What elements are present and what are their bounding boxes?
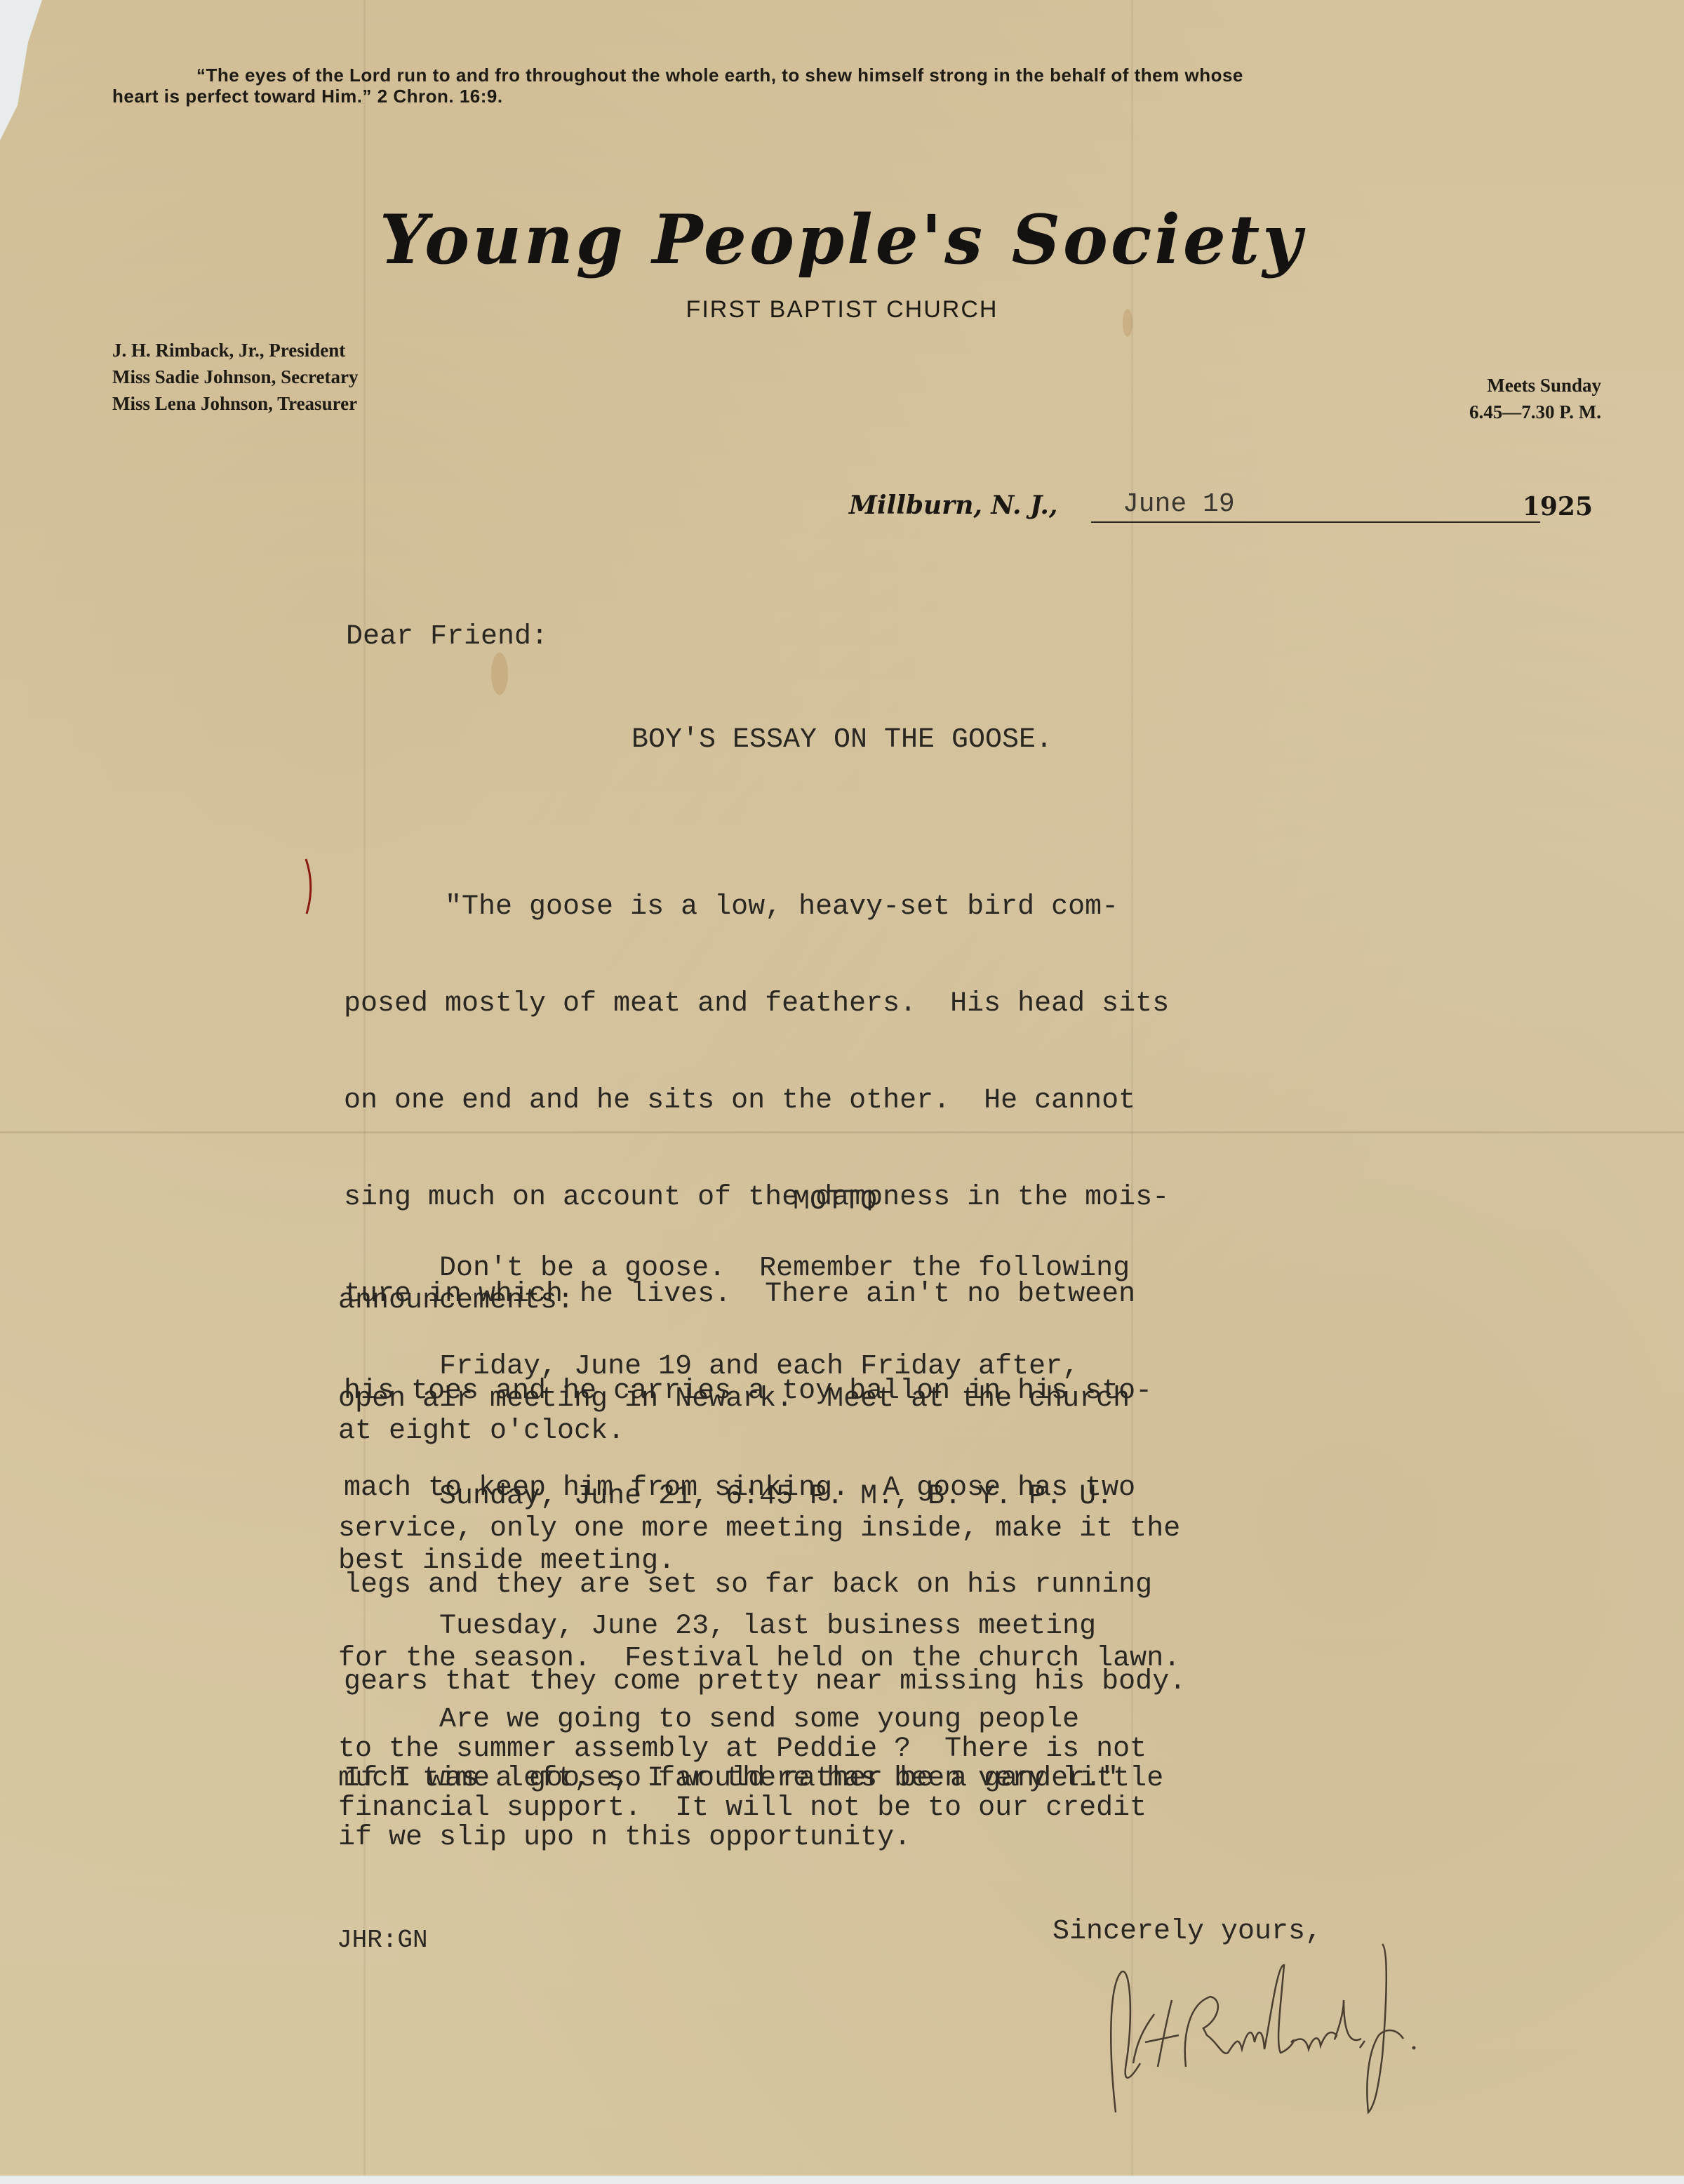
- officer-president: J. H. Rimback, Jr., President: [112, 337, 359, 364]
- date-underline: [1091, 521, 1540, 523]
- paragraph-tuesday: Tuesday, June 23, last business meeting …: [338, 1611, 1180, 1675]
- margin-bracket-mark: [304, 858, 318, 915]
- scripture-line-2: heart is perfect toward Him.” 2 Chron. 1…: [112, 86, 503, 107]
- dateline-place: Millburn, N. J.,: [849, 491, 1057, 520]
- meeting-schedule: Meets Sunday 6.45—7.30 P. M.: [1469, 372, 1601, 425]
- scan-background-edge: [0, 2176, 1684, 2184]
- officers-list: J. H. Rimback, Jr., President Miss Sadie…: [112, 337, 359, 417]
- scripture-quote: “The eyes of the Lord run to and fro thr…: [112, 65, 1614, 107]
- officer-treasurer: Miss Lena Johnson, Treasurer: [112, 390, 359, 417]
- officer-secretary: Miss Sadie Johnson, Secretary: [112, 364, 359, 390]
- motto-heading: MOTTO: [793, 1186, 877, 1218]
- essay-line: "The goose is a low, heavy-set bird com-: [344, 891, 1186, 924]
- essay-line: sing much on account of the dampness in …: [344, 1182, 1186, 1214]
- salutation: Dear Friend:: [346, 621, 548, 653]
- church-name: FIRST BAPTIST CHURCH: [0, 296, 1684, 324]
- paragraph-friday: Friday, June 19 and each Friday after, o…: [338, 1351, 1130, 1448]
- dateline-date: June 19: [1123, 489, 1235, 519]
- essay-body: "The goose is a low, heavy-set bird com-…: [344, 827, 1186, 1827]
- paragraph-motto: Don't be a goose. Remember the following…: [338, 1253, 1130, 1317]
- typist-initials: JHR:GN: [337, 1924, 428, 1957]
- paper-stain: [491, 653, 508, 695]
- essay-title: BOY'S ESSAY ON THE GOOSE.: [0, 724, 1684, 757]
- scripture-line-1: “The eyes of the Lord run to and fro thr…: [112, 65, 1614, 86]
- meeting-day: Meets Sunday: [1469, 372, 1601, 399]
- essay-line: on one end and he sits on the other. He …: [344, 1085, 1186, 1117]
- society-title: Young People's Society: [0, 200, 1684, 279]
- handwritten-signature: [1067, 1937, 1614, 2119]
- paragraph-sunday: Sunday, June 21, 6:45 P. M., B. Y. P. U.…: [338, 1481, 1180, 1578]
- dateline: Millburn, N. J., June 19 1925: [849, 488, 1607, 530]
- meeting-time: 6.45—7.30 P. M.: [1469, 399, 1601, 425]
- dateline-year: 1925: [1523, 492, 1593, 521]
- essay-line: posed mostly of meat and feathers. His h…: [344, 988, 1186, 1020]
- paragraph-peddie: Are we going to send some young people t…: [338, 1705, 1163, 1853]
